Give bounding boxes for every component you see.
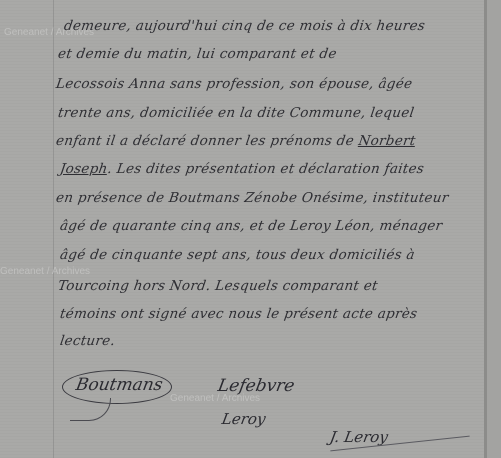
text-line-1: demeure, aujourd'hui cinq de ce mois à d…	[63, 18, 426, 34]
text-line-10: Tourcoing hors Nord. Lesquels comparant …	[57, 278, 379, 294]
margin-rule	[53, 0, 54, 458]
text-segment: enfant il a déclaré donner les prénoms d…	[55, 133, 360, 149]
text-line-8: âgé de quarante cinq ans, et de Leroy Lé…	[59, 218, 444, 234]
text-line-6: Joseph. Les dites présentation et déclar…	[59, 161, 425, 177]
text-line-3: Lecossois Anna sans profession, son épou…	[55, 76, 414, 92]
signature-j-leroy: J. Leroy	[328, 428, 389, 446]
signature-boutmans: Boutmans	[74, 375, 164, 395]
text-line-2: et demie du matin, lui comparant et de	[57, 46, 338, 62]
signature-lefebvre: Lefebvre	[216, 376, 296, 396]
text-line-9: âgé de cinquante sept ans, tous deux dom…	[59, 247, 416, 263]
text-line-7: en présence de Boutmans Zénobe Onésime, …	[55, 190, 450, 206]
text-line-5: enfant il a déclaré donner les prénoms d…	[55, 133, 417, 149]
signature-leroy: Leroy	[220, 410, 267, 428]
signature-flourish	[70, 398, 111, 421]
child-name-norbert: Norbert	[357, 133, 416, 149]
text-line-11: témoins ont signé avec nous le présent a…	[59, 306, 419, 322]
document-scan: Geneanet / Archives Geneanet / Archives …	[0, 0, 501, 458]
watermark: Geneanet / Archives	[0, 266, 90, 277]
text-segment: . Les dites présentation et déclaration …	[106, 161, 425, 177]
text-line-4: trente ans, domiciliée en la dite Commun…	[57, 105, 415, 121]
child-name-joseph: Joseph	[59, 161, 109, 177]
page-edge-strip	[487, 0, 501, 458]
text-line-12: lecture.	[59, 333, 116, 349]
